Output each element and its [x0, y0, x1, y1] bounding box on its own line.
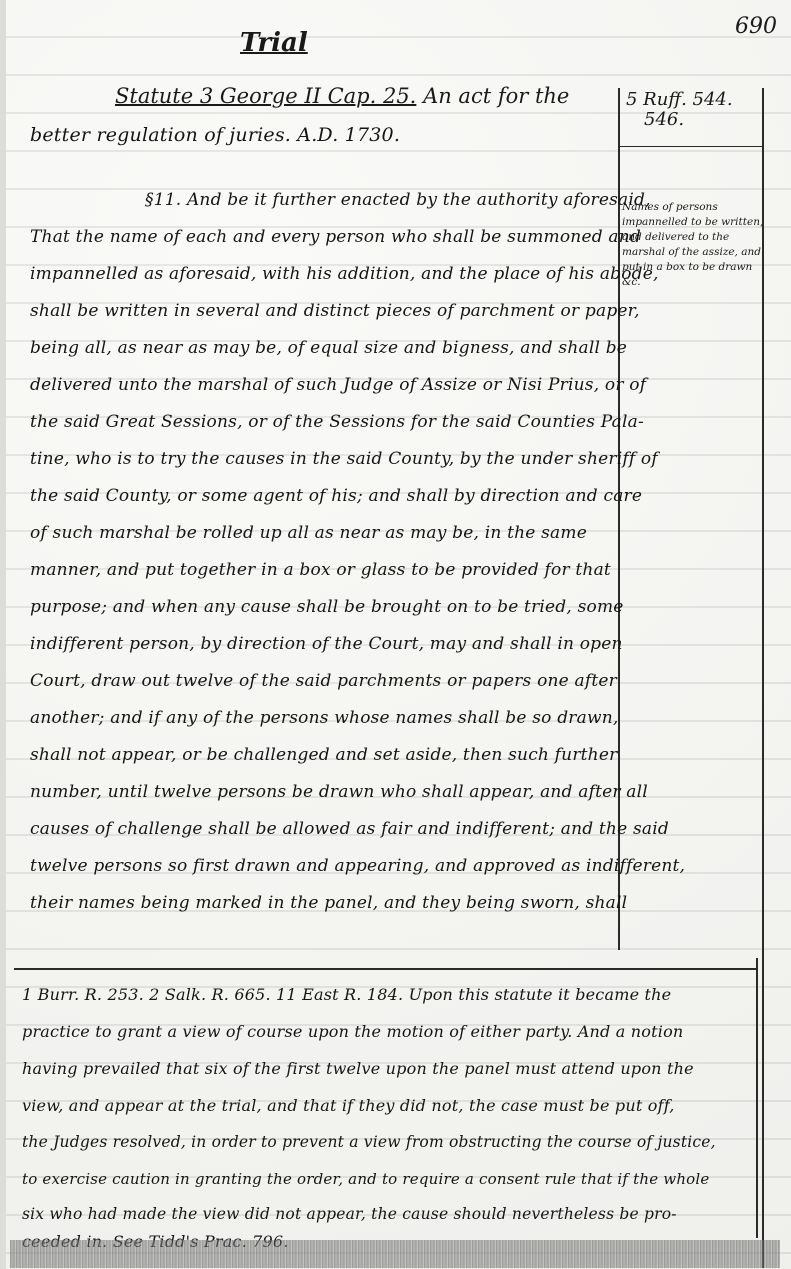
- body-line: indifferent person, by direction of the …: [30, 634, 623, 654]
- body-line: tine, who is to try the causes in the sa…: [30, 449, 658, 469]
- body-line: shall be written in several and distinct…: [30, 301, 640, 321]
- margin-reference: 5 Ruff. 544. 546.: [626, 90, 733, 130]
- body-line: shall not appear, or be challenged and s…: [30, 745, 617, 765]
- footnote-line: 1 Burr. R. 253. 2 Salk. R. 665. 11 East …: [22, 985, 671, 1004]
- footnote-line: view, and appear at the trial, and that …: [22, 1096, 675, 1115]
- act-title-start: An act for the: [423, 84, 569, 108]
- footnote-line: to exercise caution in granting the orde…: [22, 1170, 710, 1188]
- footnote-line: the Judges resolved, in order to prevent…: [22, 1133, 716, 1151]
- body-line: twelve persons so first drawn and appear…: [30, 856, 685, 876]
- statute-heading: Statute 3 George II Cap. 25. An act for …: [115, 84, 569, 108]
- margin-box-top: [618, 146, 764, 147]
- body-line: delivered unto the marshal of such Judge…: [30, 375, 646, 395]
- body-line: of such marshal be rolled up all as near…: [30, 523, 587, 543]
- scan-edge: [0, 0, 6, 1269]
- footnote-rule-right: [756, 958, 758, 1238]
- page-title: Trial: [240, 28, 308, 58]
- body-line: Court, draw out twelve of the said parch…: [30, 671, 617, 691]
- body-line: the said Great Sessions, or of the Sessi…: [30, 412, 644, 432]
- margin-reference-line-2: 546.: [626, 110, 733, 130]
- body-line: number, until twelve persons be drawn wh…: [30, 782, 648, 802]
- body-line: being all, as near as may be, of equal s…: [30, 338, 627, 358]
- manuscript-page: 690 Trial Statute 3 George II Cap. 25. A…: [0, 0, 791, 1269]
- body-line: That the name of each and every person w…: [30, 227, 641, 247]
- footnote-line: six who had made the view did not appear…: [22, 1205, 677, 1223]
- body-line: §11. And be it further enacted by the au…: [145, 190, 651, 210]
- statute-citation: Statute 3 George II Cap. 25.: [115, 84, 416, 108]
- body-line: causes of challenge shall be allowed as …: [30, 819, 669, 839]
- body-line: purpose; and when any cause shall be bro…: [30, 597, 624, 617]
- margin-reference-line-1: 5 Ruff. 544.: [626, 90, 733, 110]
- footnote-line: practice to grant a view of course upon …: [22, 1022, 683, 1041]
- page-number: 690: [735, 14, 777, 39]
- footnote-separator: [14, 968, 756, 970]
- body-line: manner, and put together in a box or gla…: [30, 560, 611, 580]
- body-line: impannelled as aforesaid, with his addit…: [30, 264, 659, 284]
- body-line: another; and if any of the persons whose…: [30, 708, 618, 728]
- body-line: the said County, or some agent of his; a…: [30, 486, 642, 506]
- footnote-line: having prevailed that six of the first t…: [22, 1059, 694, 1078]
- act-title-end: better regulation of juries. A.D. 1730.: [30, 124, 400, 146]
- body-line: their names being marked in the panel, a…: [30, 893, 627, 913]
- scan-noise: [10, 1240, 780, 1268]
